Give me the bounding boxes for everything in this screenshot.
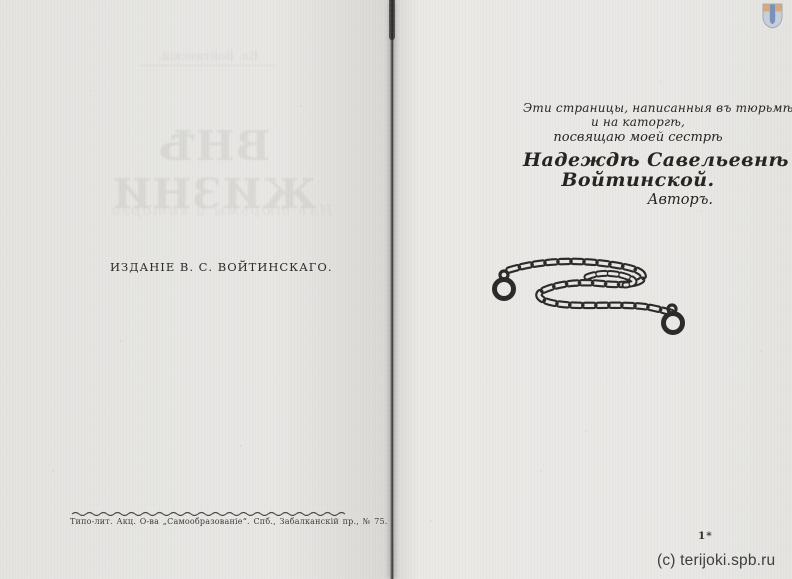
dedication-name-line-2: Войтинской.	[523, 170, 753, 190]
wavy-rule	[71, 510, 351, 516]
dedication-name-line-1: Надеждѣ Савельевнѣ	[523, 150, 753, 170]
watermark: (c) terijoki.spb.ru	[657, 552, 775, 570]
terijoki-logo-shield-icon	[762, 3, 783, 29]
showthrough-subtitle: Изъ тюрьмы и каторги	[96, 201, 346, 219]
left-page	[0, 0, 391, 579]
paper-specks	[0, 0, 2, 2]
edition-line: ИЗДАНІЕ В. С. ВОЙТИНСКАГО.	[110, 260, 330, 274]
book-gutter	[390, 0, 394, 579]
showthrough-author-line: Вл. Войтинскій.	[140, 49, 276, 66]
dedication-signature: Авторъ.	[523, 192, 753, 209]
dedication-line-1: Эти страницы, написанныя въ тюрьмѣ	[523, 101, 753, 115]
page-marker: 1*	[698, 530, 713, 542]
dedication-line-3: посвящаю моей сестрѣ	[523, 130, 753, 146]
dedication-block: Эти страницы, написанныя въ тюрьмѣ и на …	[523, 101, 753, 209]
book-scan: Вл. Войтинскій. ВНѢ ЖИЗНИ Изъ тюрьмы и к…	[0, 0, 792, 579]
prison-chain-illustration	[475, 252, 695, 352]
imprint-text: Типо-лит. Акц. О-ва „Самообразованіе“. С…	[70, 517, 352, 526]
dedication-line-2: и на каторгѣ,	[523, 115, 753, 129]
printer-imprint: Типо-лит. Акц. О-ва „Самообразованіе“. С…	[70, 510, 352, 526]
